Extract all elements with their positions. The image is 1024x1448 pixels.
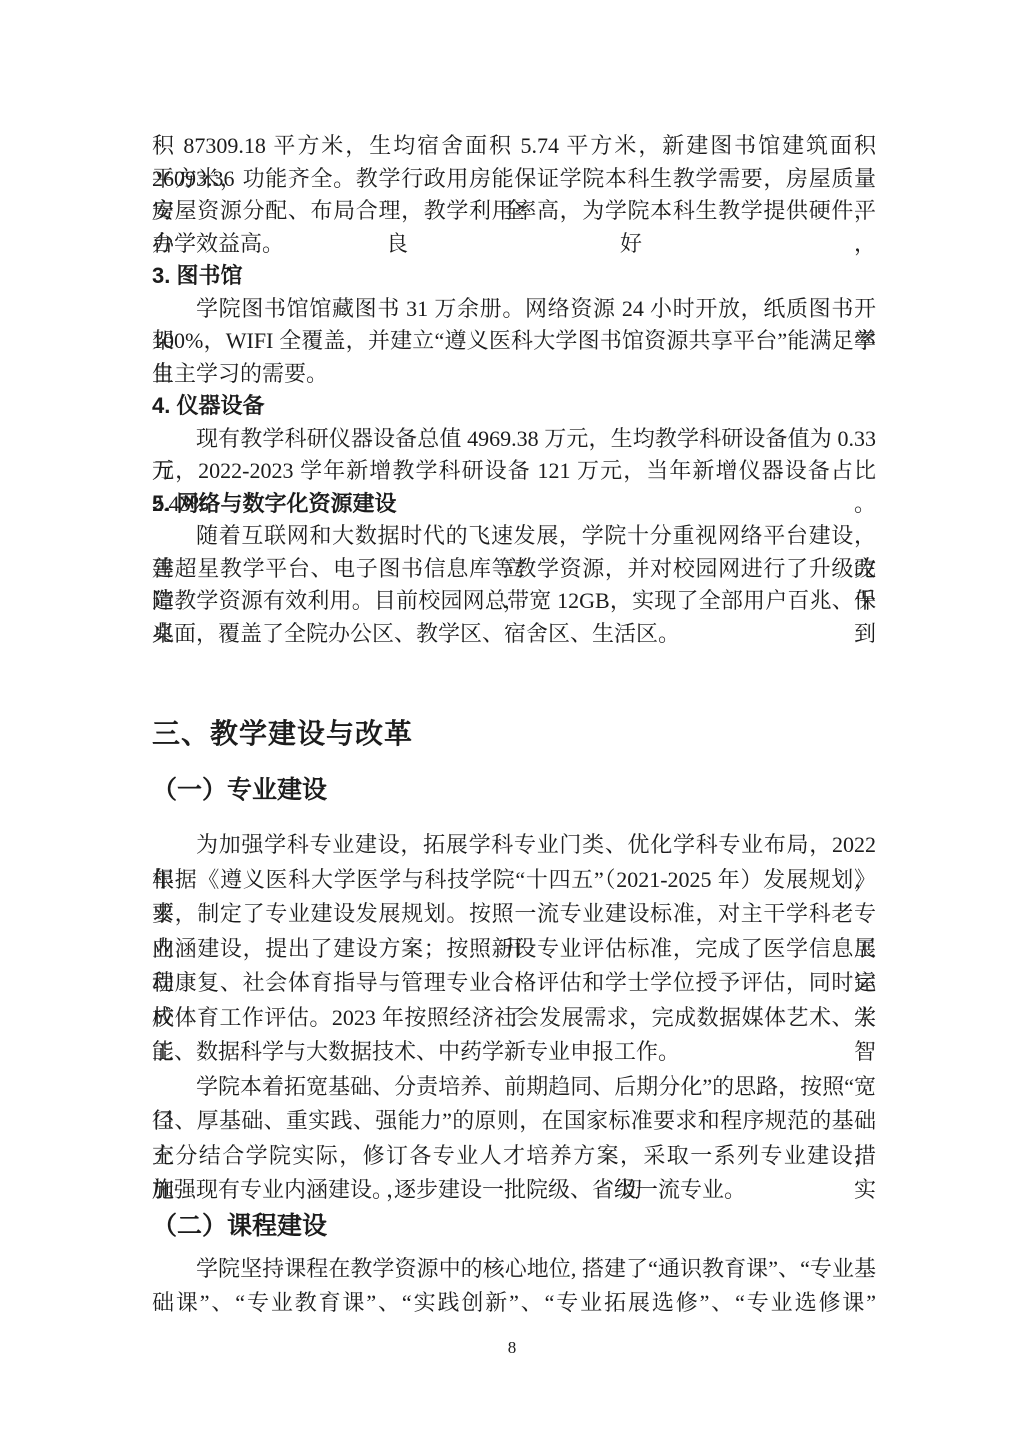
text-line: 善超星教学平台、电子图书信息库等教学资源，并对校园网进行了升级改造，保 xyxy=(152,553,876,586)
text-line: 根据《遵义医科大学医学与科技学院“十四五”（2021-2025 年）发展规划》要 xyxy=(152,863,876,898)
text-line: 充分结合学院实际，修订各专业人才培养方案，采取一系列专业建设措施，切实 xyxy=(152,1139,876,1174)
text-line: 学院图书馆馆藏图书 31 万余册。网络资源 24 小时开放，纸质图书开架率 xyxy=(152,293,876,326)
subsection-heading-major: （一）专业建设 xyxy=(152,772,876,808)
page-content: 积 87309.18 平方米，生均宿舍面积 5.74 平方米，新建图书馆建筑面积… xyxy=(152,130,876,1321)
text-line: 平方米，功能齐全。教学行政用房能保证学院本科生教学需要，房屋质量安全， xyxy=(152,163,876,196)
section-heading-library: 3. 图书馆 xyxy=(152,260,876,293)
document-page: 积 87309.18 平方米，生均宿舍面积 5.74 平方米，新建图书馆建筑面积… xyxy=(0,0,1024,1448)
text-line: 为加强学科专业建设，拓展学科专业门类、优化学科专业布局，2022 年， xyxy=(152,828,876,863)
section-heading-equipment: 4. 仪器设备 xyxy=(152,390,876,423)
text-line: 积 87309.18 平方米，生均宿舍面积 5.74 平方米，新建图书馆建筑面积… xyxy=(152,130,876,163)
text-line: 求，制定了专业建设发展规划。按照一流专业建设标准，对主干学科老专业开展 xyxy=(152,897,876,932)
text-line: 内涵建设，提出了建设方案；按照新设专业评估标准，完成了医学信息工程、运 xyxy=(152,932,876,967)
text-line: 动康复、社会体育指导与管理专业合格评估和学士学位授予评估，同时完成了学 xyxy=(152,966,876,1001)
text-line: 元，2022-2023 学年新增教学科研设备 121 万元，当年新增仪器设备占比… xyxy=(152,455,876,488)
text-line: 100%，WIFI 全覆盖，并建立“遵义医科大学图书馆资源共享平台”能满足学生 xyxy=(152,325,876,358)
text-line: 径、厚基础、重实践、强能力”的原则，在国家标准要求和程序规范的基础上， xyxy=(152,1104,876,1139)
text-line: 随着互联网和大数据时代的飞速发展，学院十分重视网络平台建设，建立完 xyxy=(152,520,876,553)
subsection-heading-course: （二）课程建设 xyxy=(152,1208,876,1244)
text-line: 校体育工作评估。2023 年按照经济社会发展需求，完成数据媒体艺术、人工智 xyxy=(152,1001,876,1036)
text-line: 障教学资源有效利用。目前校园网总带宽 12GB，实现了全部用户百兆、千兆到 xyxy=(152,585,876,618)
text-line: 础课”、“专业教育课”、“实践创新”、“专业拓展选修”、“专业选修课” xyxy=(152,1286,876,1321)
page-number: 8 xyxy=(0,1338,1024,1358)
text-line: 学院坚持课程在教学资源中的核心地位, 搭建了“通识教育课”、“专业基 xyxy=(152,1252,876,1287)
text-line: 现有教学科研仪器设备总值 4969.38 万元，生均教学科研设备值为 0.33 … xyxy=(152,423,876,456)
text-line: 自主学习的需要。 xyxy=(152,358,876,391)
text-line: 学院本着拓宽基础、分责培养、前期趋同、后期分化”的思路，按照“宽口 xyxy=(152,1070,876,1105)
chapter-heading: 三、教学建设与改革 xyxy=(152,714,876,754)
text-line: 房屋资源分配、布局合理，教学利用率高，为学院本科生教学提供硬件平台良好， xyxy=(152,195,876,228)
